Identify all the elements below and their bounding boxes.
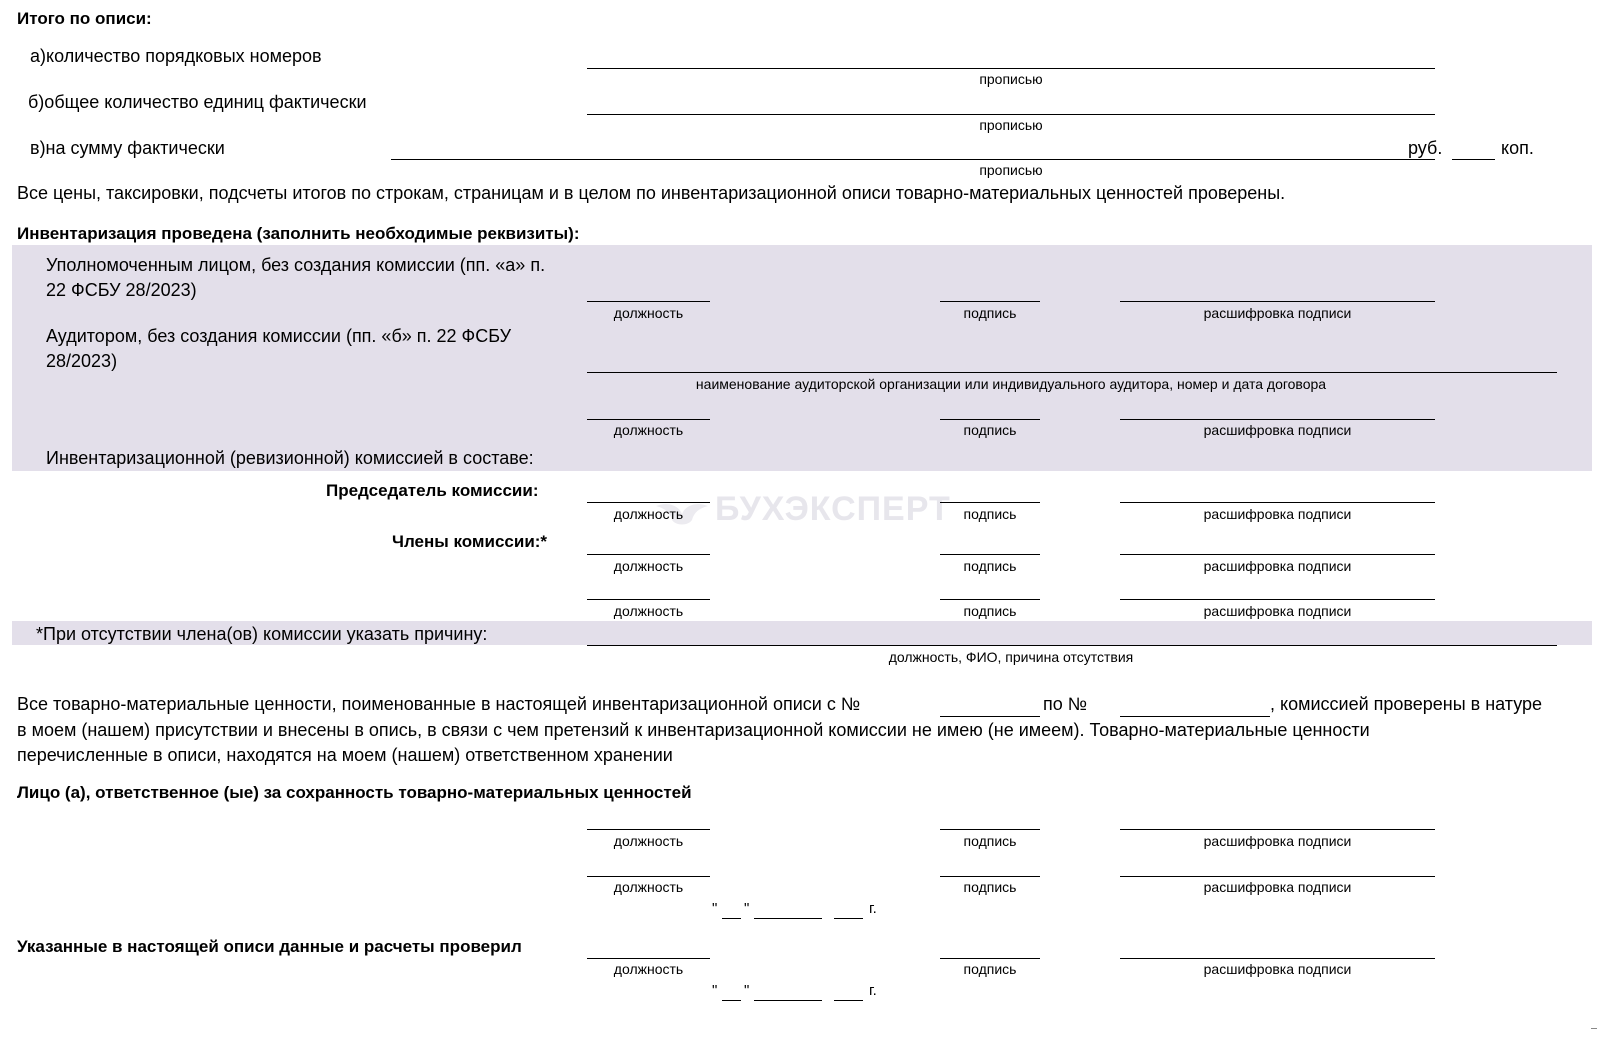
acceptance-line2: в моем (нашем) присутствии и внесены в о… (17, 719, 1370, 741)
commission-label: Инвентаризационной (ревизионной) комисси… (46, 447, 534, 469)
checked-statement: Все цены, таксировки, подсчеты итогов по… (17, 182, 1285, 204)
decoding-field[interactable] (1120, 876, 1435, 877)
verified-title: Указанные в настоящей описи данные и рас… (17, 936, 522, 958)
signature-field[interactable] (940, 502, 1040, 503)
totals-item-b-label: б)общее количество единиц фактически (28, 91, 367, 113)
acceptance-part2: по № (1043, 693, 1087, 715)
position-caption: должность (587, 505, 710, 523)
date-day-field[interactable] (722, 1000, 741, 1001)
date-quote-open: " (712, 900, 717, 918)
auditor-caption: наименование аудиторской организации или… (587, 375, 1435, 393)
position-caption: должность (587, 832, 710, 850)
totals-item-a-caption: прописью (587, 70, 1435, 88)
decoding-caption: расшифровка подписи (1120, 421, 1435, 439)
date-day-field[interactable] (722, 918, 741, 919)
totals-item-a-field[interactable] (587, 68, 1435, 69)
signature-field[interactable] (940, 958, 1040, 959)
totals-item-c-caption: прописью (587, 161, 1435, 179)
to-number-field[interactable] (1120, 716, 1270, 717)
totals-item-a-label: а)количество порядковых номеров (30, 45, 322, 67)
signature-field[interactable] (940, 554, 1040, 555)
decoding-caption: расшифровка подписи (1120, 304, 1435, 322)
position-caption: должность (587, 421, 710, 439)
decoding-caption: расшифровка подписи (1120, 832, 1435, 850)
signature-caption: подпись (940, 557, 1040, 575)
signature-field[interactable] (940, 876, 1040, 877)
decoding-caption: расшифровка подписи (1120, 878, 1435, 896)
decoding-caption: расшифровка подписи (1120, 960, 1435, 978)
date-quote-close: " (744, 900, 749, 918)
date-month-field[interactable] (754, 918, 822, 919)
date-year-suffix: г. (869, 982, 877, 1000)
totals-title: Итого по описи: (17, 8, 152, 30)
date-year-field[interactable] (834, 918, 863, 919)
date-year-field[interactable] (834, 1000, 863, 1001)
signature-caption: подпись (940, 304, 1040, 322)
position-field[interactable] (587, 502, 710, 503)
date-year-suffix: г. (869, 900, 877, 918)
date-quote-open: " (712, 982, 717, 1000)
signature-field[interactable] (940, 829, 1040, 830)
signature-field[interactable] (940, 419, 1040, 420)
totals-item-b-caption: прописью (587, 116, 1435, 134)
corner-mark (1591, 1028, 1597, 1029)
kop-field[interactable] (1452, 159, 1495, 160)
decoding-caption: расшифровка подписи (1120, 505, 1435, 523)
decoding-field[interactable] (1120, 554, 1435, 555)
signature-caption: подпись (940, 602, 1040, 620)
signature-field[interactable] (940, 301, 1040, 302)
position-field[interactable] (587, 829, 710, 830)
decoding-field[interactable] (1120, 829, 1435, 830)
totals-item-c-field[interactable] (391, 159, 1435, 160)
decoding-field[interactable] (1120, 958, 1435, 959)
inventory-title: Инвентаризация проведена (заполнить необ… (17, 223, 579, 245)
decoding-caption: расшифровка подписи (1120, 602, 1435, 620)
signature-caption: подпись (940, 960, 1040, 978)
signature-caption: подпись (940, 832, 1040, 850)
absence-reason-field[interactable] (587, 645, 1557, 646)
position-caption: должность (587, 960, 710, 978)
position-field[interactable] (587, 301, 710, 302)
position-field[interactable] (587, 876, 710, 877)
rub-label: руб. (1408, 137, 1442, 159)
acceptance-line3: перечисленные в описи, находятся на моем… (17, 744, 673, 766)
position-caption: должность (587, 878, 710, 896)
signature-caption: подпись (940, 505, 1040, 523)
decoding-field[interactable] (1120, 599, 1435, 600)
acceptance-part1: Все товарно-материальные ценности, поиме… (17, 693, 860, 715)
position-caption: должность (587, 602, 710, 620)
acceptance-part3: , комиссией проверены в натуре (1270, 693, 1542, 715)
position-field[interactable] (587, 419, 710, 420)
position-caption: должность (587, 304, 710, 322)
decoding-caption: расшифровка подписи (1120, 557, 1435, 575)
totals-item-c-label: в)на сумму фактически (30, 137, 225, 159)
decoding-field[interactable] (1120, 301, 1435, 302)
date-month-field[interactable] (754, 1000, 822, 1001)
decoding-field[interactable] (1120, 502, 1435, 503)
signature-field[interactable] (940, 599, 1040, 600)
members-label: Члены комиссии:* (392, 531, 547, 553)
chairman-label: Председатель комиссии: (326, 480, 538, 502)
position-field[interactable] (587, 599, 710, 600)
absence-note-label: *При отсутствии члена(ов) комиссии указа… (36, 623, 487, 645)
position-field[interactable] (587, 554, 710, 555)
absence-caption: должность, ФИО, причина отсутствия (587, 648, 1435, 666)
kop-label: коп. (1501, 137, 1534, 159)
watermark-text: БУХЭКСПЕРТ (715, 490, 951, 529)
authorized-person-label: Уполномоченным лицом, без создания комис… (46, 253, 566, 303)
totals-item-b-field[interactable] (587, 114, 1435, 115)
responsible-title: Лицо (а), ответственное (ые) за сохранно… (17, 782, 692, 804)
position-caption: должность (587, 557, 710, 575)
signature-caption: подпись (940, 878, 1040, 896)
auditor-label: Аудитором, без создания комиссии (пп. «б… (46, 324, 566, 374)
decoding-field[interactable] (1120, 419, 1435, 420)
position-field[interactable] (587, 958, 710, 959)
from-number-field[interactable] (940, 716, 1040, 717)
date-quote-close: " (744, 982, 749, 1000)
auditor-name-field[interactable] (587, 372, 1557, 373)
signature-caption: подпись (940, 421, 1040, 439)
